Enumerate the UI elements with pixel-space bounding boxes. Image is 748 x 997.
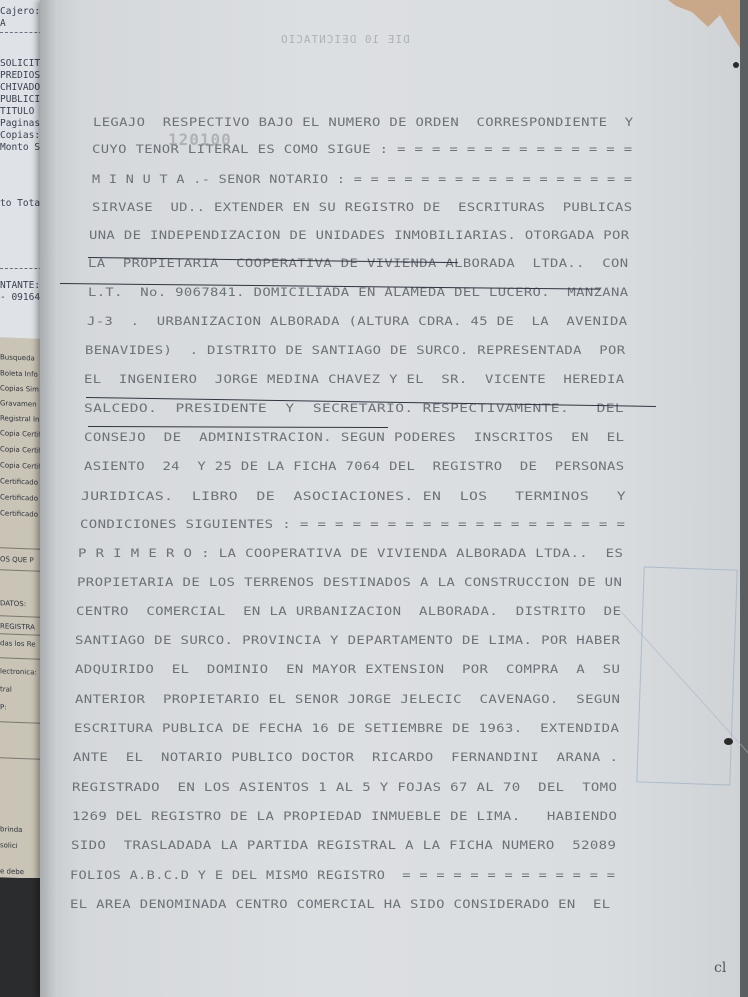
document-text-line: CONDICIONES SIGUIENTES : = = = = = = = =… [80, 518, 625, 531]
show-through-header: DIE 10 DEICNTACIO [280, 33, 410, 46]
receipt-line: PREDIOS- [0, 70, 46, 81]
form-line: Registral In [0, 414, 39, 423]
form-line: Copia Certifi [0, 445, 40, 455]
document-text-line: CUYO TENOR LITERAL ES COMO SIGUE : = = =… [92, 143, 632, 156]
page-fold-edge [40, 0, 58, 997]
form-line: Certificado N [0, 493, 40, 503]
document-text-line: P R I M E R O : LA COOPERATIVA DE VIVIEN… [78, 547, 623, 560]
form-line: tral [0, 685, 12, 693]
receipt-line: SOLICITU [0, 58, 46, 69]
receipt-line: to Tota [0, 198, 40, 209]
document-text-line: 1269 DEL REGISTRO DE LA PROPIEDAD INMUEB… [72, 810, 617, 823]
receipt-line: CHIVADO [0, 82, 40, 93]
blue-pencil-box-annotation [636, 566, 737, 785]
document-text-line: SIRVASE UD.. EXTENDER EN SU REGISTRO DE … [92, 201, 632, 214]
receipt-line: A [0, 18, 6, 29]
document-text-line: ANTE EL NOTARIO PUBLICO DOCTOR RICARDO F… [73, 751, 618, 764]
document-text-line: SIDO TRASLADADA LA PARTIDA REGISTRAL A L… [71, 839, 616, 852]
document-text-line: PROPIETARIA DE LOS TERRENOS DESTINADOS A… [77, 576, 622, 589]
ink-blot [733, 62, 739, 68]
form-line: lectronica: [0, 667, 37, 676]
form-rule [0, 757, 40, 759]
document-text-line: FOLIOS A.B.C.D Y E DEL MISMO REGISTRO = … [70, 869, 615, 882]
document-text-line: M I N U T A .- SENOR NOTARIO : = = = = =… [92, 173, 632, 186]
background-edge [740, 0, 748, 997]
document-text-line: JURIDICAS. LIBRO DE ASOCIACIONES. EN LOS… [81, 490, 626, 503]
document-text-line: BENAVIDES) . DISTRITO DE SANTIAGO DE SUR… [85, 344, 625, 357]
form-line: das los Re [0, 639, 36, 648]
document-text-line: CENTRO COMERCIAL EN LA URBANIZACION ALBO… [76, 605, 621, 618]
registry-request-form: BusquedaBoleta InfoCopias SimGravamenReg… [0, 337, 40, 878]
document-text-line: J-3 . URBANIZACION ALBORADA (ALTURA CDRA… [87, 315, 627, 328]
form-line: Copia Certific [0, 461, 40, 471]
form-line: Certificado de [0, 509, 40, 519]
document-text-line: EL INGENIERO JORGE MEDINA CHAVEZ Y EL SR… [84, 373, 624, 386]
receipt-line: - 091640 [0, 292, 46, 303]
background-surface [0, 878, 40, 997]
form-line: OS QUE P [0, 555, 34, 564]
document-text-line: REGISTRADO EN LOS ASIENTOS 1 AL 5 Y FOJA… [72, 781, 617, 794]
document-text-line: ADQUIRIDO EL DOMINIO EN MAYOR EXTENSION … [75, 663, 620, 676]
form-line: Certificado P [0, 477, 40, 487]
document-text-line: UNA DE INDEPENDIZACION DE UNIDADES INMOB… [89, 229, 629, 242]
form-line: Copia Certif [0, 429, 40, 438]
form-line: e debe [0, 867, 24, 876]
form-line: Copias Sim [0, 384, 39, 393]
document-text-line: CONSEJO DE ADMINISTRACION. SEGUN PODERES… [84, 431, 624, 444]
form-rule [0, 615, 40, 617]
form-line: REGISTRA [0, 622, 35, 631]
form-rule [0, 547, 40, 549]
corner-handwritten-mark: cl [714, 960, 726, 976]
document-text-line: EL AREA DENOMINADA CENTRO COMERCIAL HA S… [70, 898, 610, 911]
document-text-line: LEGAJO RESPECTIVO BAJO EL NUMERO DE ORDE… [93, 116, 633, 129]
receipt-line: NTANTE: [0, 280, 40, 291]
form-line: Gravamen [0, 399, 37, 408]
form-rule [0, 569, 40, 571]
form-line: DATOS: [0, 599, 26, 608]
form-line: solici [0, 841, 18, 850]
form-rule [0, 633, 40, 635]
document-text-line: ANTERIOR PROPIETARIO EL SENOR JORGE JELE… [75, 693, 620, 706]
document-text-line: ESCRITURA PUBLICA DE FECHA 16 DE SETIEMB… [74, 722, 619, 735]
receipt-line: Cajero: [0, 6, 40, 17]
form-line: Busqueda [0, 353, 35, 362]
document-text-line: SANTIAGO DE SURCO. PROVINCIA Y DEPARTAME… [75, 634, 620, 647]
form-line: P: [0, 703, 7, 711]
form-line: brinda [0, 825, 22, 834]
form-rule [0, 721, 40, 723]
ink-blot [724, 738, 733, 745]
form-line: Boleta Info [0, 369, 38, 378]
form-rule [0, 657, 40, 659]
receipt-line: Paginas: [0, 118, 46, 129]
document-text-line: ASIENTO 24 Y 25 DE LA FICHA 7064 DEL REG… [84, 460, 624, 473]
